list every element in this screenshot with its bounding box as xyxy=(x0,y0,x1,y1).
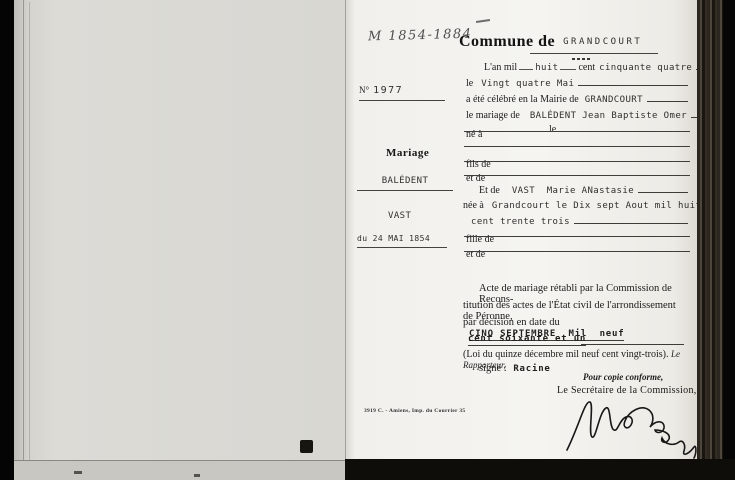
book-right-edge xyxy=(723,0,735,480)
cent-label: cent xyxy=(578,62,595,73)
page-edge-line xyxy=(29,2,30,464)
form-line xyxy=(519,69,533,70)
commune-label: Commune de xyxy=(459,33,555,51)
form-line xyxy=(578,85,688,86)
commune-header: Commune de GRANDCOURT xyxy=(459,33,642,51)
page-bottom-shadow xyxy=(14,461,345,480)
printer-mark: 3919 C. - Amiens, Imp. du Courrier 35 xyxy=(364,408,465,414)
copy-conforme-note: Pour copie conforme, xyxy=(583,372,663,382)
form-row-son-of-struck: fils de xyxy=(466,154,690,167)
bride-intro-label: Et de xyxy=(479,185,500,196)
marriage-label: le mariage de xyxy=(466,110,520,121)
form-row-daughter-of-struck: fille de xyxy=(466,229,690,242)
year-typed-cinquante: cinquante quatre xyxy=(599,63,692,73)
form-line xyxy=(638,192,688,193)
act-date-text: du 24 MAI 1854 xyxy=(357,234,430,243)
form-line xyxy=(581,344,684,345)
form-row-marriage: le mariage de BALÉDENT Jean Baptiste Ome… xyxy=(466,108,690,121)
form-row-bride-born-2: cent trente trois xyxy=(471,214,690,227)
form-row-year: L'an mil huit cent cinquante quatre xyxy=(484,60,690,73)
margin-groom-surname: BALÉDENT xyxy=(357,170,453,191)
form-row-and-of-2-struck: et de xyxy=(466,244,690,257)
decision-line-4: cent soixante et un xyxy=(468,333,686,344)
form-row-bride-born: née à Grandcourt le Dix sept Aout mil hu… xyxy=(463,198,690,211)
act-number-value: 1977 xyxy=(373,85,403,96)
book-left-edge xyxy=(0,0,14,480)
day-typed: Vingt quatre Mai xyxy=(481,79,574,89)
groom-name-typed: BALÉDENT Jean Baptiste Omer xyxy=(530,111,687,121)
act-number-label: N° xyxy=(359,85,369,95)
bride-name-typed: VAST Marie ANastasie xyxy=(512,186,634,196)
act-number: N° 1977 xyxy=(359,80,445,101)
and-of-label-2: et de xyxy=(466,249,485,260)
header-underline xyxy=(530,53,658,54)
year-typed-huit: huit xyxy=(535,63,558,73)
form-row-bride: Et de VAST Marie ANastasie xyxy=(479,183,690,196)
margin-act-date: du 24 MAI 1854 xyxy=(357,228,447,248)
form-row-born-struck: né à le xyxy=(466,124,690,137)
form-row-and-of-struck: et de xyxy=(466,168,690,181)
born-le-label: le xyxy=(549,124,556,135)
mairie-typed: GRANDCOURT xyxy=(585,95,643,105)
commune-name: GRANDCOURT xyxy=(563,37,642,47)
form-row-day: le Vingt quatre Mai xyxy=(466,76,690,89)
form-row-mairie: a été célébré en la Mairie de GRANDCOURT xyxy=(466,92,690,105)
book-bottom-edge xyxy=(345,459,735,480)
page-edge-line xyxy=(23,0,24,465)
ink-speck xyxy=(194,474,200,477)
bride-born-typed-2: cent trente trois xyxy=(471,217,570,227)
form-line xyxy=(647,101,688,102)
facing-blank-page xyxy=(14,0,345,480)
form-line xyxy=(560,69,576,70)
signed-label: signé : xyxy=(479,363,507,374)
groom-surname-text: BALÉDENT xyxy=(382,176,429,186)
scanned-register-page: M 1854-1884 Commune de GRANDCOURT N° 197… xyxy=(0,0,735,480)
decision-year-typed: cent soixante et un xyxy=(468,334,586,346)
mairie-label: a été célébré en la Mairie de xyxy=(466,94,579,105)
bride-born-label: née à xyxy=(463,200,484,211)
pencil-mark xyxy=(476,19,490,23)
marriage-act-page: M 1854-1884 Commune de GRANDCOURT N° 197… xyxy=(345,0,698,459)
signed-name-typed: Racine xyxy=(513,364,550,374)
day-label: le xyxy=(466,78,473,89)
bride-born-typed: Grandcourt le Dix sept Aout mil huit xyxy=(492,201,701,211)
margin-bride-surname: VAST xyxy=(388,205,411,223)
form-line xyxy=(574,223,688,224)
archival-note: M 1854-1884 xyxy=(368,27,473,45)
decision-date-label: par décision en date du xyxy=(463,317,560,328)
ink-speck xyxy=(300,440,313,453)
form-row-blank-struck xyxy=(466,139,690,152)
ink-speck xyxy=(74,471,82,474)
act-type-label: Mariage xyxy=(386,147,429,159)
bride-surname-text: VAST xyxy=(388,211,411,221)
secretary-signature xyxy=(561,390,706,462)
law-reference: (Loi du quinze décembre mil neuf cent vi… xyxy=(463,349,669,360)
year-label: L'an mil xyxy=(484,62,517,73)
book-page-edges xyxy=(697,0,723,474)
